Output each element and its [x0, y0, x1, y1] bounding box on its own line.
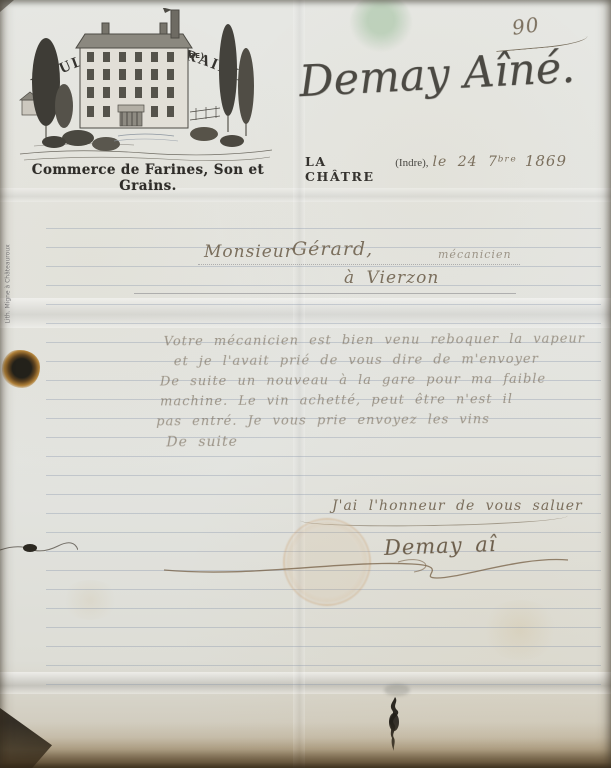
address-name: Gérard, — [292, 238, 373, 260]
fold-crease-middle — [0, 298, 611, 328]
address-underline — [134, 293, 516, 294]
green-stamp-mark — [350, 0, 412, 52]
dateline: LA CHÂTRE (Indre), le 24 7ᵇʳᵉ 1869 — [305, 152, 567, 184]
printer-credit-vertical: Lith. Migne à Châteauroux — [5, 260, 12, 324]
fold-crease-lower — [0, 672, 611, 694]
handwritten-date: le 24 7ᵇʳᵉ — [433, 154, 517, 170]
letter-body: Votre mécanicien est bien venu reboquer … — [152, 330, 573, 453]
corner-shadow — [0, 0, 14, 12]
paper-tear — [0, 536, 78, 562]
handwritten-year: 1869 — [525, 152, 567, 170]
bottom-edge-shadow — [0, 722, 611, 768]
address-city: à Vierzon — [344, 268, 439, 288]
mill-illustration — [20, 8, 272, 161]
dateline-place: LA CHÂTRE — [305, 154, 393, 184]
handwritten-page-number: 90 — [510, 12, 541, 40]
scanned-letter-page: 90 MOULIN DE LA PRAIRIE PRÈS LA CHATRE (… — [0, 0, 611, 768]
paper-stain — [60, 580, 120, 620]
letterhead-engraving: MOULIN DE LA PRAIRIE PRÈS LA CHATRE (IND… — [14, 8, 280, 170]
round-ink-stamp — [283, 518, 371, 606]
ink-smudge — [384, 684, 410, 696]
torn-corner-shadow — [0, 708, 52, 768]
ink-blot — [382, 696, 408, 752]
address-rule — [198, 264, 520, 265]
signature: Demay aî — [384, 532, 497, 560]
body-line: De suite — [152, 430, 572, 453]
address-title: mécanicien — [438, 248, 512, 261]
dateline-department: (Indre), — [395, 157, 428, 169]
paper-stain — [480, 600, 560, 660]
address-salutation: Monsieur — [204, 242, 294, 262]
burn-hole-damage — [2, 350, 40, 388]
letterhead-caption: Commerce de Farines, Son et Grains. — [26, 162, 270, 194]
closing-formula: J'ai l'honneur de vous saluer — [332, 498, 583, 514]
firm-name-calligraphy: Demay Aîné. — [291, 42, 583, 107]
